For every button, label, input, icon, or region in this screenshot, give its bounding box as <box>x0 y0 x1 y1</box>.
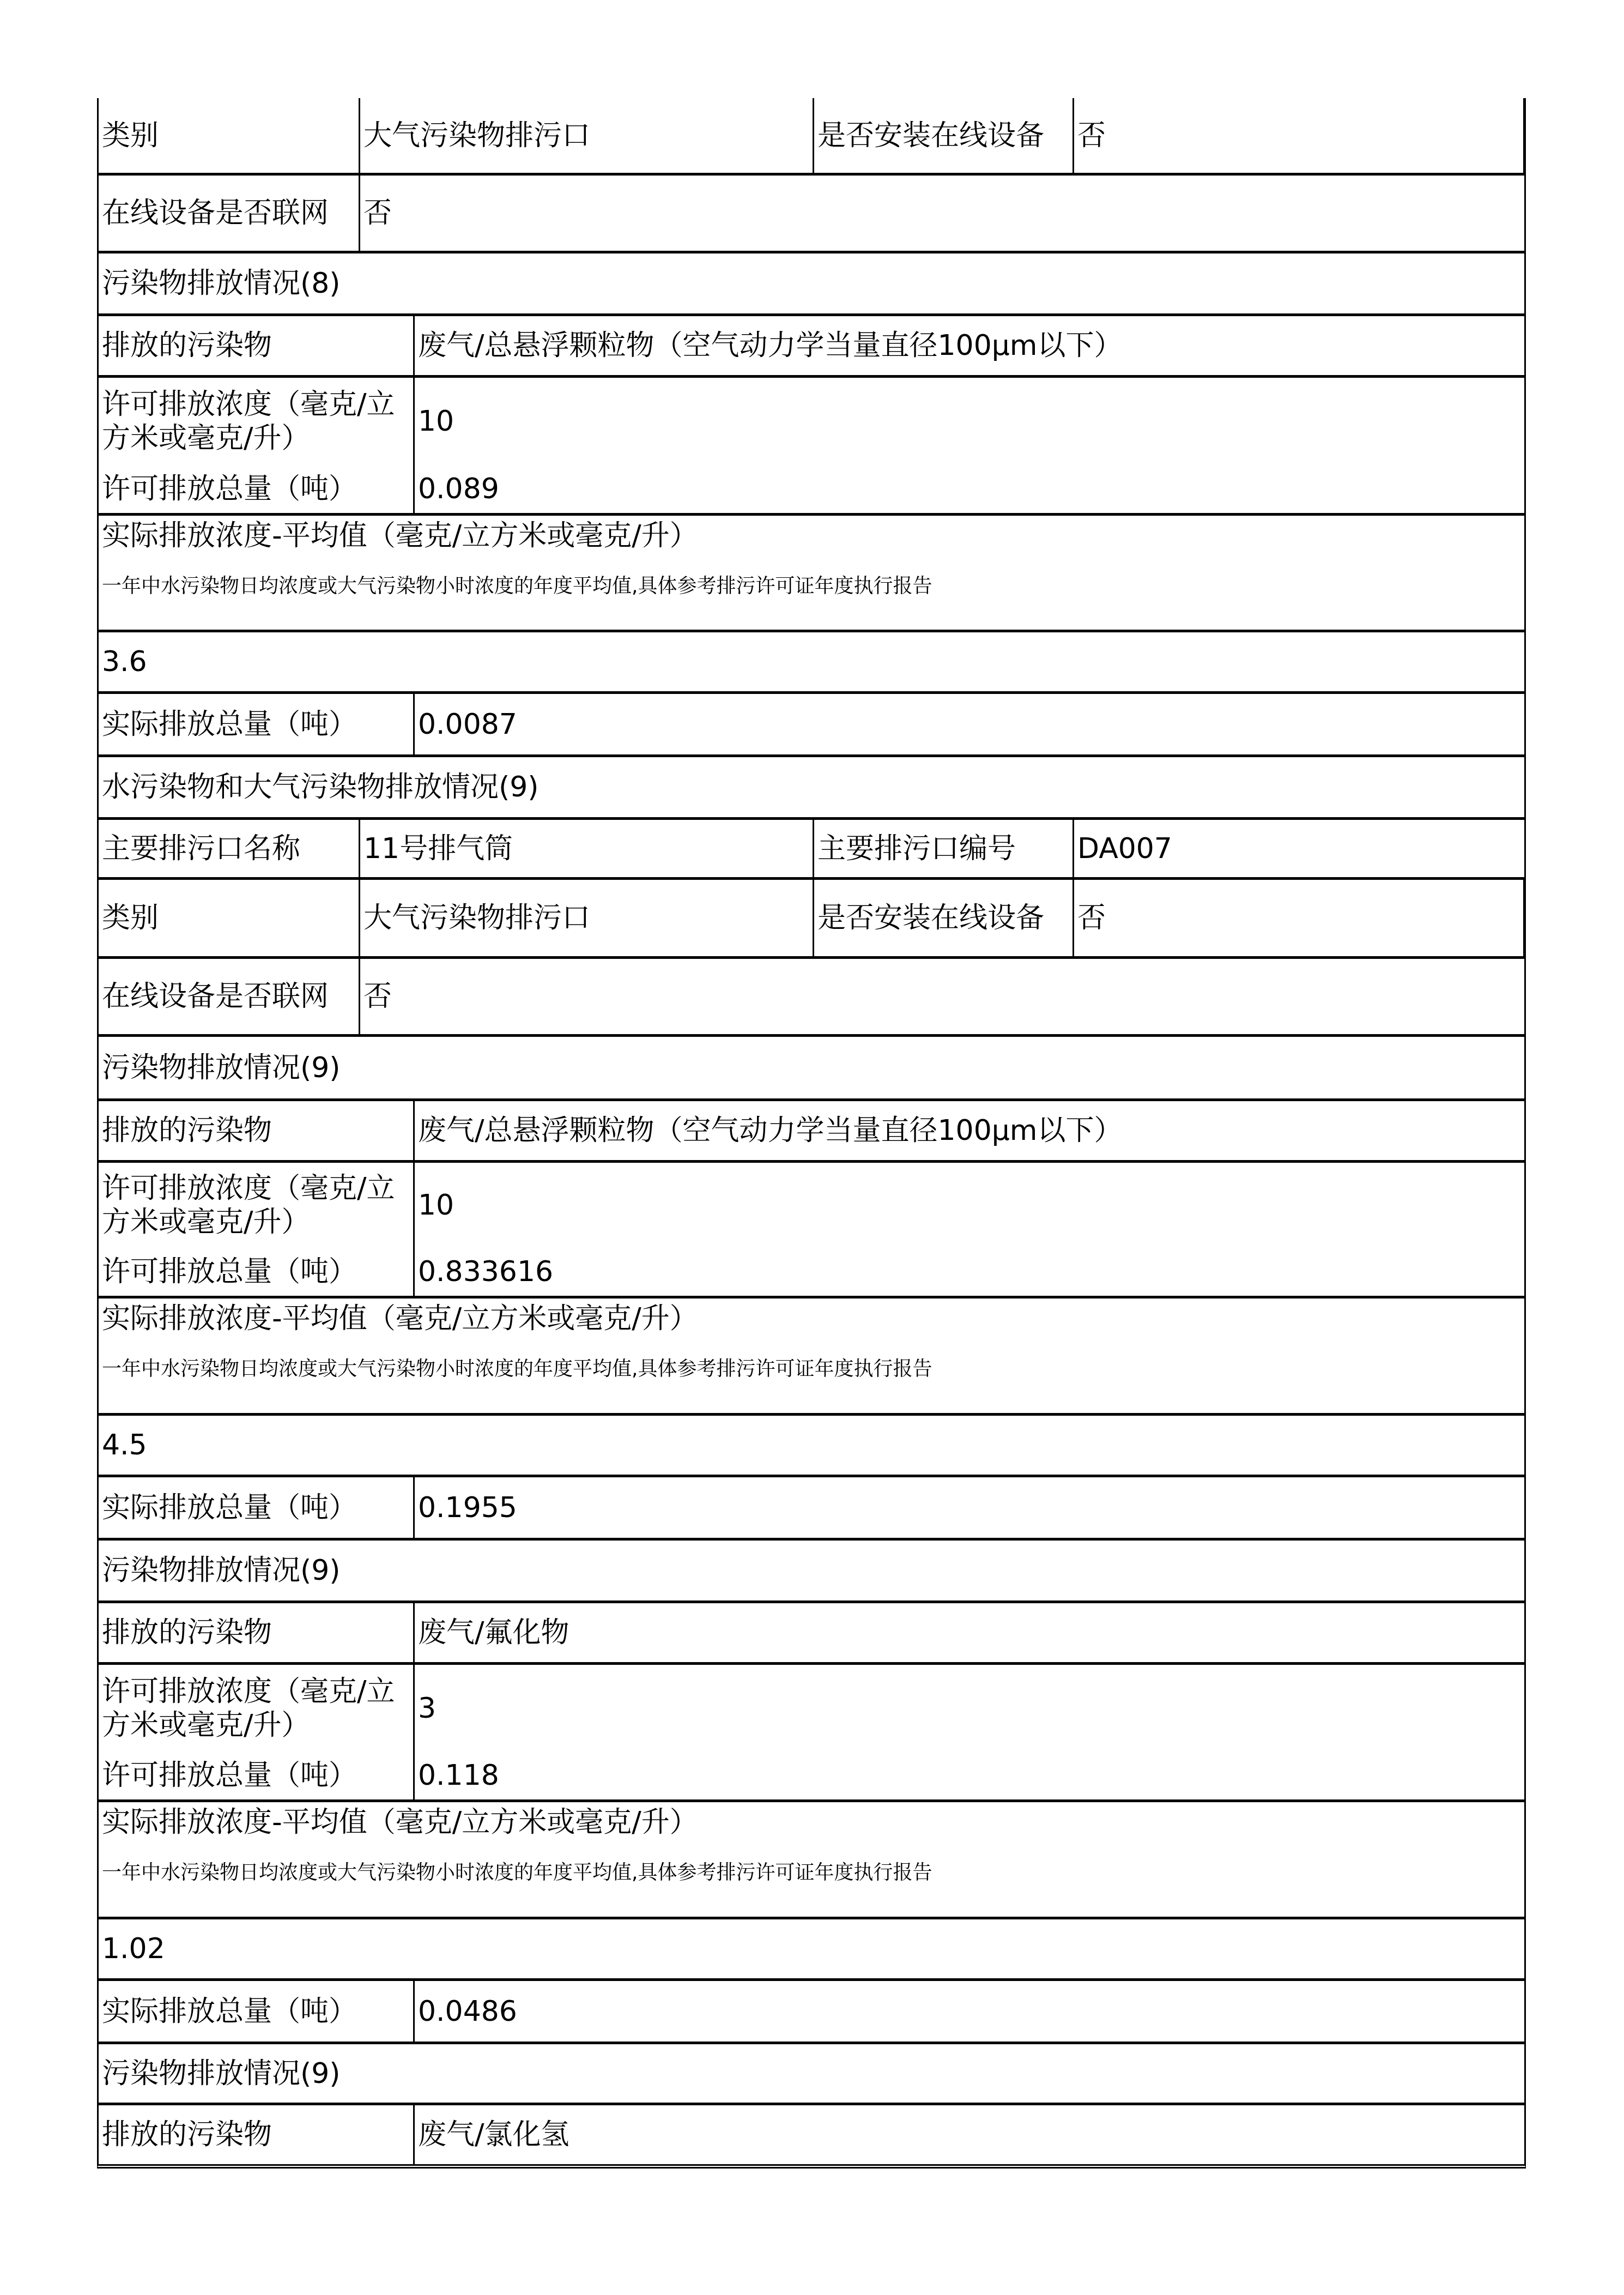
permit-total-value: 0.833616 <box>413 1248 1524 1296</box>
actual-conc-cell: 实际排放浓度-平均值（毫克/立方米或毫克/升） 一年中水污染物日均浓度或大气污染… <box>99 1299 1524 1413</box>
online-networked-value: 否 <box>359 959 1524 1034</box>
permit-conc-value: 3 <box>413 1665 1524 1752</box>
actual-total-value: 0.0087 <box>413 694 1524 754</box>
category-row: 类别 大气污染物排污口 是否安装在线设备 否 <box>97 98 1526 176</box>
pollutant-value: 废气/总悬浮颗粒物（空气动力学当量直径100μm以下） <box>413 316 1524 375</box>
online-installed-label: 是否安装在线设备 <box>813 98 1072 173</box>
section-title: 水污染物和大气污染物排放情况(9) <box>99 757 1524 817</box>
pollutant-value: 废气/氟化物 <box>413 1603 1524 1662</box>
actual-conc-value: 1.02 <box>99 1919 1524 1978</box>
actual-conc-row: 实际排放浓度-平均值（毫克/立方米或毫克/升） 一年中水污染物日均浓度或大气污染… <box>97 516 1526 632</box>
permit-conc-row: 许可排放浓度（毫克/立方米或毫克/升） 3 <box>97 1665 1526 1752</box>
pollutant-label: 排放的污染物 <box>99 1101 413 1160</box>
pollutant-label: 排放的污染物 <box>99 2105 413 2164</box>
pollutant-row: 排放的污染物 废气/氟化物 <box>97 1603 1526 1665</box>
actual-total-value: 0.0486 <box>413 1981 1524 2042</box>
actual-conc-value: 4.5 <box>99 1416 1524 1475</box>
permit-total-label: 许可排放总量（吨） <box>99 465 413 513</box>
actual-conc-cell: 实际排放浓度-平均值（毫克/立方米或毫克/升） 一年中水污染物日均浓度或大气污染… <box>99 516 1524 630</box>
online-networked-label: 在线设备是否联网 <box>99 176 359 251</box>
pollutant-label: 排放的污染物 <box>99 1603 413 1662</box>
permit-conc-row: 许可排放浓度（毫克/立方米或毫克/升） 10 <box>97 378 1526 465</box>
pollutant-row: 排放的污染物 废气/氯化氢 <box>97 2105 1526 2169</box>
online-networked-label: 在线设备是否联网 <box>99 959 359 1034</box>
actual-conc-row: 实际排放浓度-平均值（毫克/立方米或毫克/升） 一年中水污染物日均浓度或大气污染… <box>97 1802 1526 1919</box>
category-value: 大气污染物排污口 <box>359 98 813 173</box>
pollutant-row: 排放的污染物 废气/总悬浮颗粒物（空气动力学当量直径100μm以下） <box>97 1101 1526 1163</box>
actual-conc-note: 一年中水污染物日均浓度或大气污染物小时浓度的年度平均值,具体参考排污许可证年度执… <box>102 1861 1521 1885</box>
category-label: 类别 <box>99 880 359 956</box>
permit-conc-label: 许可排放浓度（毫克/立方米或毫克/升） <box>99 378 413 465</box>
actual-conc-label: 实际排放浓度-平均值（毫克/立方米或毫克/升） <box>102 1805 1521 1839</box>
online-installed-value: 否 <box>1072 98 1523 173</box>
actual-total-row: 实际排放总量（吨） 0.0486 <box>97 1981 1526 2044</box>
permit-total-value: 0.118 <box>413 1752 1524 1799</box>
pollutant-value: 废气/总悬浮颗粒物（空气动力学当量直径100μm以下） <box>413 1101 1524 1160</box>
emission-report-table: 类别 大气污染物排污口 是否安装在线设备 否 在线设备是否联网 否 污染物排放情… <box>97 98 1526 2169</box>
section-title-row: 水污染物和大气污染物排放情况(9) <box>97 757 1526 820</box>
actual-conc-note: 一年中水污染物日均浓度或大气污染物小时浓度的年度平均值,具体参考排污许可证年度执… <box>102 1357 1521 1381</box>
pollutant-row: 排放的污染物 废气/总悬浮颗粒物（空气动力学当量直径100μm以下） <box>97 316 1526 378</box>
permit-conc-label: 许可排放浓度（毫克/立方米或毫克/升） <box>99 1665 413 1752</box>
actual-conc-value-row: 1.02 <box>97 1919 1526 1981</box>
outlet-code-label: 主要排污口编号 <box>813 820 1072 877</box>
actual-total-row: 实际排放总量（吨） 0.1955 <box>97 1477 1526 1541</box>
outlet-name-row: 主要排污口名称 11号排气筒 主要排污口编号 DA007 <box>97 820 1526 880</box>
category-row: 类别 大气污染物排污口 是否安装在线设备 否 <box>97 880 1526 959</box>
section-title: 污染物排放情况(9) <box>99 2044 1524 2103</box>
online-networked-row: 在线设备是否联网 否 <box>97 176 1526 253</box>
online-installed-label: 是否安装在线设备 <box>813 880 1072 956</box>
pollutant-value: 废气/氯化氢 <box>413 2105 1524 2164</box>
actual-total-label: 实际排放总量（吨） <box>99 694 413 754</box>
actual-total-row: 实际排放总量（吨） 0.0087 <box>97 694 1526 757</box>
permit-total-row: 许可排放总量（吨） 0.089 <box>97 465 1526 516</box>
category-label: 类别 <box>99 98 359 173</box>
permit-total-row: 许可排放总量（吨） 0.833616 <box>97 1248 1526 1299</box>
permit-total-label: 许可排放总量（吨） <box>99 1752 413 1799</box>
section-title: 污染物排放情况(9) <box>99 1037 1524 1098</box>
section-title: 污染物排放情况(9) <box>99 1541 1524 1601</box>
actual-total-value: 0.1955 <box>413 1477 1524 1538</box>
pollutant-label: 排放的污染物 <box>99 316 413 375</box>
actual-conc-label: 实际排放浓度-平均值（毫克/立方米或毫克/升） <box>102 1302 1521 1336</box>
actual-conc-value: 3.6 <box>99 632 1524 691</box>
permit-conc-label: 许可排放浓度（毫克/立方米或毫克/升） <box>99 1163 413 1248</box>
section-title-row: 污染物排放情况(9) <box>97 1541 1526 1603</box>
actual-conc-value-row: 3.6 <box>97 632 1526 694</box>
permit-total-value: 0.089 <box>413 465 1524 513</box>
actual-total-label: 实际排放总量（吨） <box>99 1981 413 2042</box>
category-value: 大气污染物排污口 <box>359 880 813 956</box>
section-title-row: 污染物排放情况(9) <box>97 2044 1526 2105</box>
online-installed-value: 否 <box>1072 880 1523 956</box>
actual-conc-row: 实际排放浓度-平均值（毫克/立方米或毫克/升） 一年中水污染物日均浓度或大气污染… <box>97 1299 1526 1416</box>
online-networked-value: 否 <box>359 176 1524 251</box>
permit-conc-value: 10 <box>413 378 1524 465</box>
outlet-name-value: 11号排气筒 <box>359 820 813 877</box>
actual-conc-cell: 实际排放浓度-平均值（毫克/立方米或毫克/升） 一年中水污染物日均浓度或大气污染… <box>99 1802 1524 1917</box>
online-networked-row: 在线设备是否联网 否 <box>97 959 1526 1037</box>
outlet-name-label: 主要排污口名称 <box>99 820 359 877</box>
permit-total-label: 许可排放总量（吨） <box>99 1248 413 1296</box>
section-title: 污染物排放情况(8) <box>99 253 1524 313</box>
section-title-row: 污染物排放情况(9) <box>97 1037 1526 1101</box>
permit-conc-value: 10 <box>413 1163 1524 1248</box>
section-title-row: 污染物排放情况(8) <box>97 253 1526 316</box>
actual-total-label: 实际排放总量（吨） <box>99 1477 413 1538</box>
actual-conc-note: 一年中水污染物日均浓度或大气污染物小时浓度的年度平均值,具体参考排污许可证年度执… <box>102 575 1521 599</box>
actual-conc-value-row: 4.5 <box>97 1416 1526 1477</box>
permit-total-row: 许可排放总量（吨） 0.118 <box>97 1752 1526 1802</box>
outlet-code-value: DA007 <box>1072 820 1524 877</box>
actual-conc-label: 实际排放浓度-平均值（毫克/立方米或毫克/升） <box>102 519 1521 553</box>
permit-conc-row: 许可排放浓度（毫克/立方米或毫克/升） 10 <box>97 1163 1526 1248</box>
